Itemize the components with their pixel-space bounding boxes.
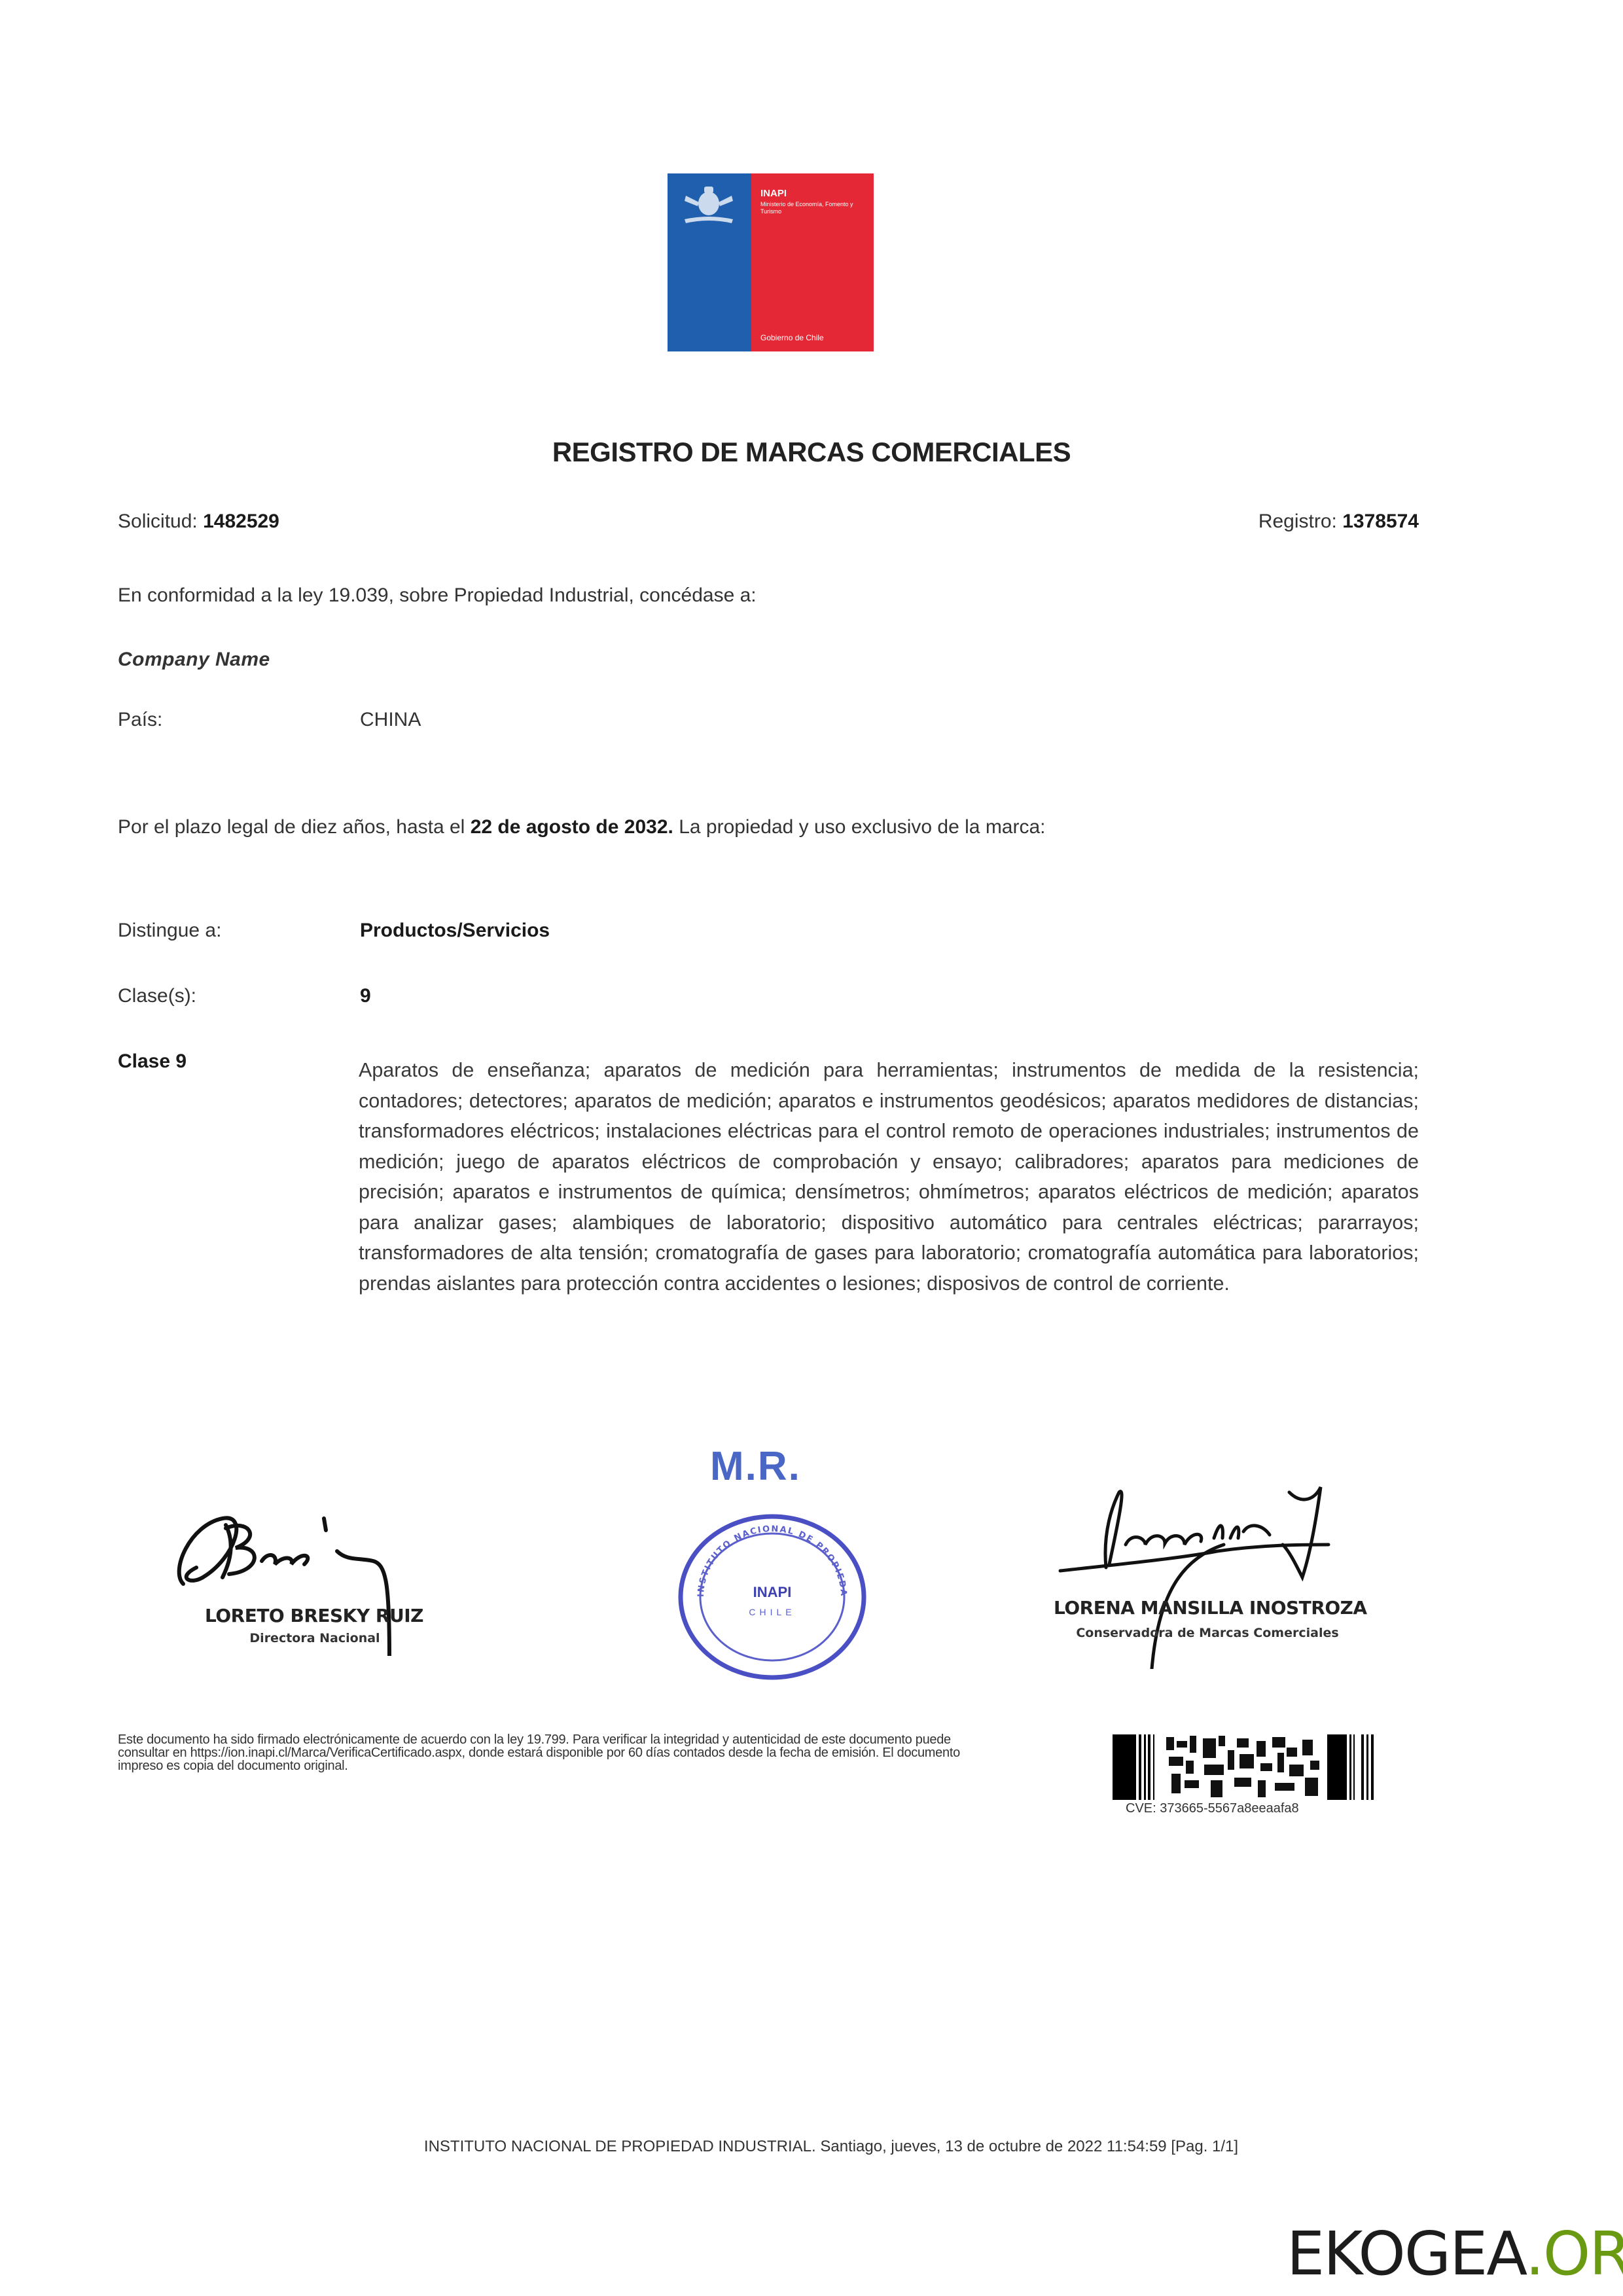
distingue-label: Distingue a:: [118, 920, 221, 942]
solicitud-label: Solicitud:: [118, 511, 198, 532]
legal-note: Este documento ha sido firmado electróni…: [118, 1733, 969, 1772]
watermark-suffix: .ORG: [1525, 2219, 1623, 2289]
watermark-main: EKOGEA: [1287, 2219, 1525, 2289]
expiry-date: 22 de agosto de 2032.: [471, 816, 673, 838]
logo-red-panel: INAPI Ministerio de Economía, Fomento y …: [751, 173, 874, 351]
signatory-2-name: LORENA MANSILLA INOSTROZA: [1054, 1597, 1367, 1619]
distingue-value: Productos/Servicios: [360, 920, 550, 942]
company-name: Company Name: [118, 649, 270, 671]
clases-label: Clase(s):: [118, 985, 196, 1007]
barcode-icon: [1106, 1734, 1381, 1800]
coat-of-arms-icon: [679, 183, 738, 228]
solicitud-value: 1482529: [203, 511, 279, 532]
country-label: País:: [118, 709, 162, 731]
ekogea-watermark: EKOGEA.ORG: [1287, 2219, 1623, 2289]
inapi-seal-icon: INSTITUTO NACIONAL DE PROPIEDAD INDUSTRI…: [674, 1512, 870, 1682]
registro-label: Registro:: [1258, 511, 1337, 532]
solicitud-field: Solicitud: 1482529: [118, 511, 279, 533]
intro-text: En conformidad a la ley 19.039, sobre Pr…: [118, 584, 757, 607]
page-title: REGISTRO DE MARCAS COMERCIALES: [0, 437, 1623, 468]
page-footer: INSTITUTO NACIONAL DE PROPIEDAD INDUSTRI…: [0, 2138, 1623, 2156]
logo-org: INAPI: [760, 188, 787, 199]
logo-ministry: Ministerio de Economía, Fomento y Turism…: [760, 201, 872, 215]
term-before: Por el plazo legal de diez años, hasta e…: [118, 816, 465, 838]
term-after: La propiedad y uso exclusivo de la marca…: [679, 816, 1045, 838]
svg-text:CHILE: CHILE: [749, 1607, 795, 1617]
svg-text:INAPI: INAPI: [753, 1584, 792, 1600]
signatory-2-role: Conservadora de Marcas Comerciales: [1054, 1626, 1361, 1640]
signatory-1-role: Directora Nacional: [205, 1631, 425, 1645]
registro-value: 1378574: [1342, 511, 1419, 532]
clases-value: 9: [360, 985, 371, 1007]
logo-blue-panel: [668, 173, 751, 351]
term-text: Por el plazo legal de diez años, hasta e…: [118, 816, 1046, 838]
mr-mark: M.R.: [710, 1443, 801, 1490]
signatory-1-name: LORETO BRESKY RUIZ: [205, 1605, 423, 1626]
registro-field: Registro: 1378574: [1258, 511, 1419, 533]
logo-government: Gobierno de Chile: [760, 333, 824, 342]
cve-code: CVE: 373665-5567a8eeaafa8: [1126, 1801, 1299, 1816]
clase-detail-label: Clase 9: [118, 1050, 187, 1073]
clase-detail-text: Aparatos de enseñanza; aparatos de medic…: [359, 1055, 1419, 1299]
country-value: CHINA: [360, 709, 421, 731]
inapi-logo: INAPI Ministerio de Economía, Fomento y …: [668, 173, 874, 351]
